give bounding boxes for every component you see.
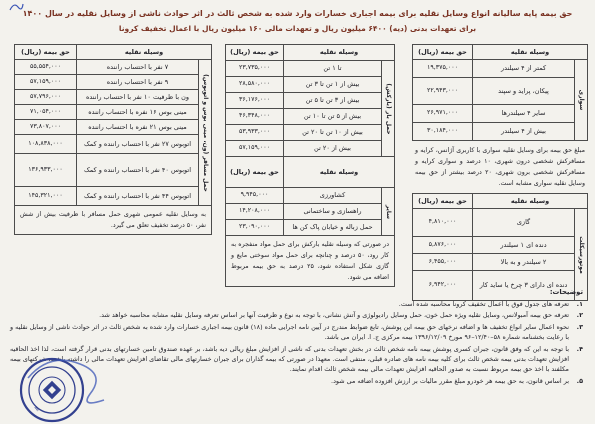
note-text: تعرفه حق بیمه آمبولانس، وسایل نقلیه ویژه… — [10, 311, 569, 321]
premium-cell: ۷۳,۸۰۷,۰۰۰ — [15, 120, 77, 135]
table-row: مینی بوس ۱۶ نفره با احتساب راننده۷۱,۰۵۴,… — [15, 105, 212, 120]
table-row: سواری کمتر از ۴ سیلندر ۱۹,۳۷۵,۰۰۰ — [413, 60, 588, 78]
vehicle-cell: بیش از ۱۰ تن تا ۲۰ تن — [284, 125, 382, 141]
vehicle-header: وسیله نقلیه — [473, 194, 588, 209]
central-insurance-emblem-icon: بیمه مرکزی جمهوری اسلامی ایران — [10, 350, 122, 424]
document-title-line2: برای تعهدات بدنی (دیه) ۶۴۰۰ میلیون ریال … — [0, 24, 595, 33]
note-number: ۳. — [569, 323, 583, 343]
table-row: سایر کشاورزی ۹,۹۴۵,۰۰۰ — [226, 188, 395, 204]
vehicle-cell: اتوبوس ۴۰ نفر با احتساب راننده و کمک — [77, 154, 199, 187]
premium-cell: ۵,۸۷۶,۰۰۰ — [413, 237, 473, 254]
vehicle-cell: ون با ظرفیت ۱۰ نفر با احتساب راننده — [77, 90, 199, 105]
category-label: حمل بار (بارکش) — [384, 83, 392, 134]
table-row: اتوبوس ۴۴ نفر با احتساب راننده و کمک۱۴۵,… — [15, 187, 212, 206]
vehicle-cell: دنده ای ۱ سیلندر — [473, 237, 575, 254]
atokar-table-block: وسیله نقلیه حق بیمه (ریال) حمل مسافر (ون… — [14, 44, 212, 235]
note-text: نحوه اعمال سایر انواع تخفیف ها و اضافه ن… — [10, 323, 569, 343]
premium-header: حق بیمه (ریال) — [226, 45, 284, 61]
premium-cell: ۳۰,۱۸۴,۰۰۰ — [413, 123, 473, 141]
premium-cell: ۱۳۶,۹۳۳,۰۰۰ — [15, 154, 77, 187]
table-row: اتوبوس ۴۰ نفر با احتساب راننده و کمک۱۳۶,… — [15, 154, 212, 187]
premium-cell: ۶,۴۵۵,۰۰۰ — [413, 254, 473, 271]
category-label: سواری — [577, 90, 585, 111]
motor-table: وسیله نقلیه حق بیمه (ریال) موتورسیکلت گا… — [412, 193, 588, 301]
premium-header: حق بیمه (ریال) — [15, 45, 77, 60]
category-label: موتورسیکلت — [577, 236, 585, 274]
premium-cell: ۲۶,۹۷۱,۰۰۰ — [413, 105, 473, 123]
table-row: حمل زباله و خیابان پاک کن ها۲۳,۰۹۰,۰۰۰ — [226, 220, 395, 236]
table-row: بیش از ۳ تن تا ۵ تن۳۶,۱۷۶,۰۰۰ — [226, 93, 395, 109]
category-cell: حمل بار (بارکش) — [382, 61, 395, 157]
table-row: ۲ سیلندر و به بالا۶,۴۵۵,۰۰۰ — [413, 254, 588, 271]
premium-cell: ۷۱,۰۵۴,۰۰۰ — [15, 105, 77, 120]
premium-header: حق بیمه (ریال) — [413, 194, 473, 209]
vehicle-cell: کشاورزی — [284, 188, 382, 204]
sayer-note: در صورتی که وسیله نقلیه بارکش برای حمل م… — [226, 236, 395, 287]
table-row: اتوبوس ۲۷ نفر با احتساب راننده و کمک۱۰۸,… — [15, 135, 212, 154]
premium-cell: ۵۷,۷۹۶,۰۰۰ — [15, 90, 77, 105]
header-row: وسیله نقلیه حق بیمه (ریال) — [15, 45, 212, 60]
header-row: وسیله نقلیه حق بیمه (ریال) — [413, 45, 588, 60]
explanations-heading: توضیحات: — [10, 287, 583, 298]
table-row: ۹ نفر با احتساب راننده۵۷,۱۵۹,۰۰۰ — [15, 75, 212, 90]
central-insurance-logo: بیمه مرکزی جمهوری اسلامی ایران — [10, 350, 122, 424]
vehicle-header: وسیله نقلیه — [284, 45, 395, 61]
table-row: بیش از ۲۰ تن۵۷,۱۵۹,۰۰۰ — [226, 141, 395, 157]
vehicle-cell: راهسازی و ساختمانی — [284, 204, 382, 220]
savari-table: وسیله نقلیه حق بیمه (ریال) سواری کمتر از… — [412, 44, 588, 141]
table-row: بیش از ۴ سیلندر۳۰,۱۸۴,۰۰۰ — [413, 123, 588, 141]
vehicle-cell: بیش از ۳ تن تا ۵ تن — [284, 93, 382, 109]
table-row: دنده ای ۱ سیلندر۵,۸۷۶,۰۰۰ — [413, 237, 588, 254]
vehicle-cell: اتوبوس ۲۷ نفر با احتساب راننده و کمک — [77, 135, 199, 154]
table-row: پیکان، پراید و سپند۲۲,۹۴۳,۰۰۰ — [413, 78, 588, 105]
vehicle-cell: مینی بوس ۲۱ نفره با احتساب راننده — [77, 120, 199, 135]
vehicle-cell: پیکان، پراید و سپند — [473, 78, 575, 105]
vehicle-cell: ۲ سیلندر و به بالا — [473, 254, 575, 271]
premium-cell: ۱۹,۳۷۵,۰۰۰ — [413, 60, 473, 78]
premium-cell: ۱۴۵,۳۲۱,۰۰۰ — [15, 187, 77, 206]
premium-cell: ۵۵,۵۵۴,۰۰۰ — [15, 60, 77, 75]
savari-note: مبلغ حق بیمه برای وسایل نقلیه سواری با ک… — [412, 141, 588, 193]
category-label: حمل مسافر (ون، مینی بوس و اتوبوس) — [201, 74, 209, 192]
premium-cell: ۵۳,۹۳۳,۰۰۰ — [226, 125, 284, 141]
premium-cell: ۱۰۸,۸۳۸,۰۰۰ — [15, 135, 77, 154]
table-row: موتورسیکلت گازی ۴,۸۱۰,۰۰۰ — [413, 209, 588, 237]
note-item: ۳.نحوه اعمال سایر انواع تخفیف ها و اضافه… — [10, 323, 583, 343]
note-item: ۲.تعرفه حق بیمه آمبولانس، وسایل نقلیه وی… — [10, 311, 583, 321]
vehicle-cell: اتوبوس ۴۴ نفر با احتساب راننده و کمک — [77, 187, 199, 206]
category-label: سایر — [384, 204, 392, 218]
table-row: بیش از ۵ تن تا ۱۰ تن۴۶,۳۴۸,۰۰۰ — [226, 109, 395, 125]
category-cell: سایر — [382, 188, 395, 236]
premium-cell: ۲۳,۷۳۵,۰۰۰ — [226, 61, 284, 77]
table-row: حمل بار (بارکش) تا ۱ تن ۲۳,۷۳۵,۰۰۰ — [226, 61, 395, 77]
table-row: مینی بوس ۲۱ نفره با احتساب راننده۷۳,۸۰۷,… — [15, 120, 212, 135]
premium-cell: ۲۲,۹۴۳,۰۰۰ — [413, 78, 473, 105]
table-row: ون با ظرفیت ۱۰ نفر با احتساب راننده۵۷,۷۹… — [15, 90, 212, 105]
note-number: ۵. — [569, 377, 583, 387]
premium-cell: ۵۷,۱۵۹,۰۰۰ — [15, 75, 77, 90]
premium-header: حق بیمه (ریال) — [413, 45, 473, 60]
vehicle-cell: کمتر از ۴ سیلندر — [473, 60, 575, 78]
header-row: وسیله نقلیه حق بیمه (ریال) — [413, 194, 588, 209]
vehicle-cell: گازی — [473, 209, 575, 237]
pen-scribble-icon — [28, 360, 104, 403]
barkesh-sayer-table-block: وسیله نقلیه حق بیمه (ریال) حمل بار (بارک… — [225, 44, 395, 287]
category-cell: سواری — [575, 60, 588, 141]
atokar-table: وسیله نقلیه حق بیمه (ریال) حمل مسافر (ون… — [14, 44, 212, 235]
premium-cell: ۱۴,۲۰۸,۰۰۰ — [226, 204, 284, 220]
category-cell: حمل مسافر (ون، مینی بوس و اتوبوس) — [199, 60, 212, 206]
vehicle-cell: ۹ نفر با احتساب راننده — [77, 75, 199, 90]
vehicle-header: وسیله نقلیه — [284, 157, 395, 188]
premium-cell: ۴۶,۳۴۸,۰۰۰ — [226, 109, 284, 125]
note-text: تعرفه های جدول فوق با اعمال تخفیف کرونا … — [10, 300, 569, 310]
note-number: ۴. — [569, 345, 583, 375]
barkesh-sayer-table: وسیله نقلیه حق بیمه (ریال) حمل بار (بارک… — [225, 44, 395, 287]
vehicle-cell: مینی بوس ۱۶ نفره با احتساب راننده — [77, 105, 199, 120]
vehicle-cell: بیش از ۱ تن تا ۳ تن — [284, 77, 382, 93]
document-title-line1: حق بیمه پایه سالیانه انواع وسایل نقلیه ب… — [0, 9, 595, 18]
premium-cell: ۲۳,۰۹۰,۰۰۰ — [226, 220, 284, 236]
scanned-tariff-document: حق بیمه پایه سالیانه انواع وسایل نقلیه ب… — [0, 0, 595, 424]
note-number: ۱. — [569, 300, 583, 310]
vehicle-header: وسیله نقلیه — [77, 45, 212, 60]
table-row: سایر ۴ سیلندرها۲۶,۹۷۱,۰۰۰ — [413, 105, 588, 123]
premium-cell: ۹,۹۴۵,۰۰۰ — [226, 188, 284, 204]
savari-motor-table-block: وسیله نقلیه حق بیمه (ریال) سواری کمتر از… — [412, 44, 588, 301]
atokar-note: به وسایل نقلیه عمومی شهری حمل مسافر با ظ… — [15, 206, 212, 235]
note-row: به وسایل نقلیه عمومی شهری حمل مسافر با ظ… — [15, 206, 212, 235]
header-row: وسیله نقلیه حق بیمه (ریال) — [226, 157, 395, 188]
table-row: حمل مسافر (ون، مینی بوس و اتوبوس) ۷ نفر … — [15, 60, 212, 75]
vehicle-header: وسیله نقلیه — [473, 45, 588, 60]
premium-cell: ۵۷,۱۵۹,۰۰۰ — [226, 141, 284, 157]
vehicle-cell: بیش از ۵ تن تا ۱۰ تن — [284, 109, 382, 125]
header-row: وسیله نقلیه حق بیمه (ریال) — [226, 45, 395, 61]
note-row: در صورتی که وسیله نقلیه بارکش برای حمل م… — [226, 236, 395, 287]
note-item: ۱.تعرفه های جدول فوق با اعمال تخفیف کرون… — [10, 300, 583, 310]
vehicle-cell: تا ۱ تن — [284, 61, 382, 77]
premium-header: حق بیمه (ریال) — [226, 157, 284, 188]
vehicle-cell: بیش از ۴ سیلندر — [473, 123, 575, 141]
table-row: بیش از ۱ تن تا ۳ تن۲۸,۵۸۰,۰۰۰ — [226, 77, 395, 93]
premium-cell: ۲۸,۵۸۰,۰۰۰ — [226, 77, 284, 93]
table-row: راهسازی و ساختمانی۱۴,۲۰۸,۰۰۰ — [226, 204, 395, 220]
vehicle-cell: ۷ نفر با احتساب راننده — [77, 60, 199, 75]
premium-cell: ۴,۸۱۰,۰۰۰ — [413, 209, 473, 237]
premium-cell: ۳۶,۱۷۶,۰۰۰ — [226, 93, 284, 109]
vehicle-cell: بیش از ۲۰ تن — [284, 141, 382, 157]
table-row: بیش از ۱۰ تن تا ۲۰ تن۵۳,۹۳۳,۰۰۰ — [226, 125, 395, 141]
note-number: ۲. — [569, 311, 583, 321]
vehicle-cell: حمل زباله و خیابان پاک کن ها — [284, 220, 382, 236]
vehicle-cell: سایر ۴ سیلندرها — [473, 105, 575, 123]
